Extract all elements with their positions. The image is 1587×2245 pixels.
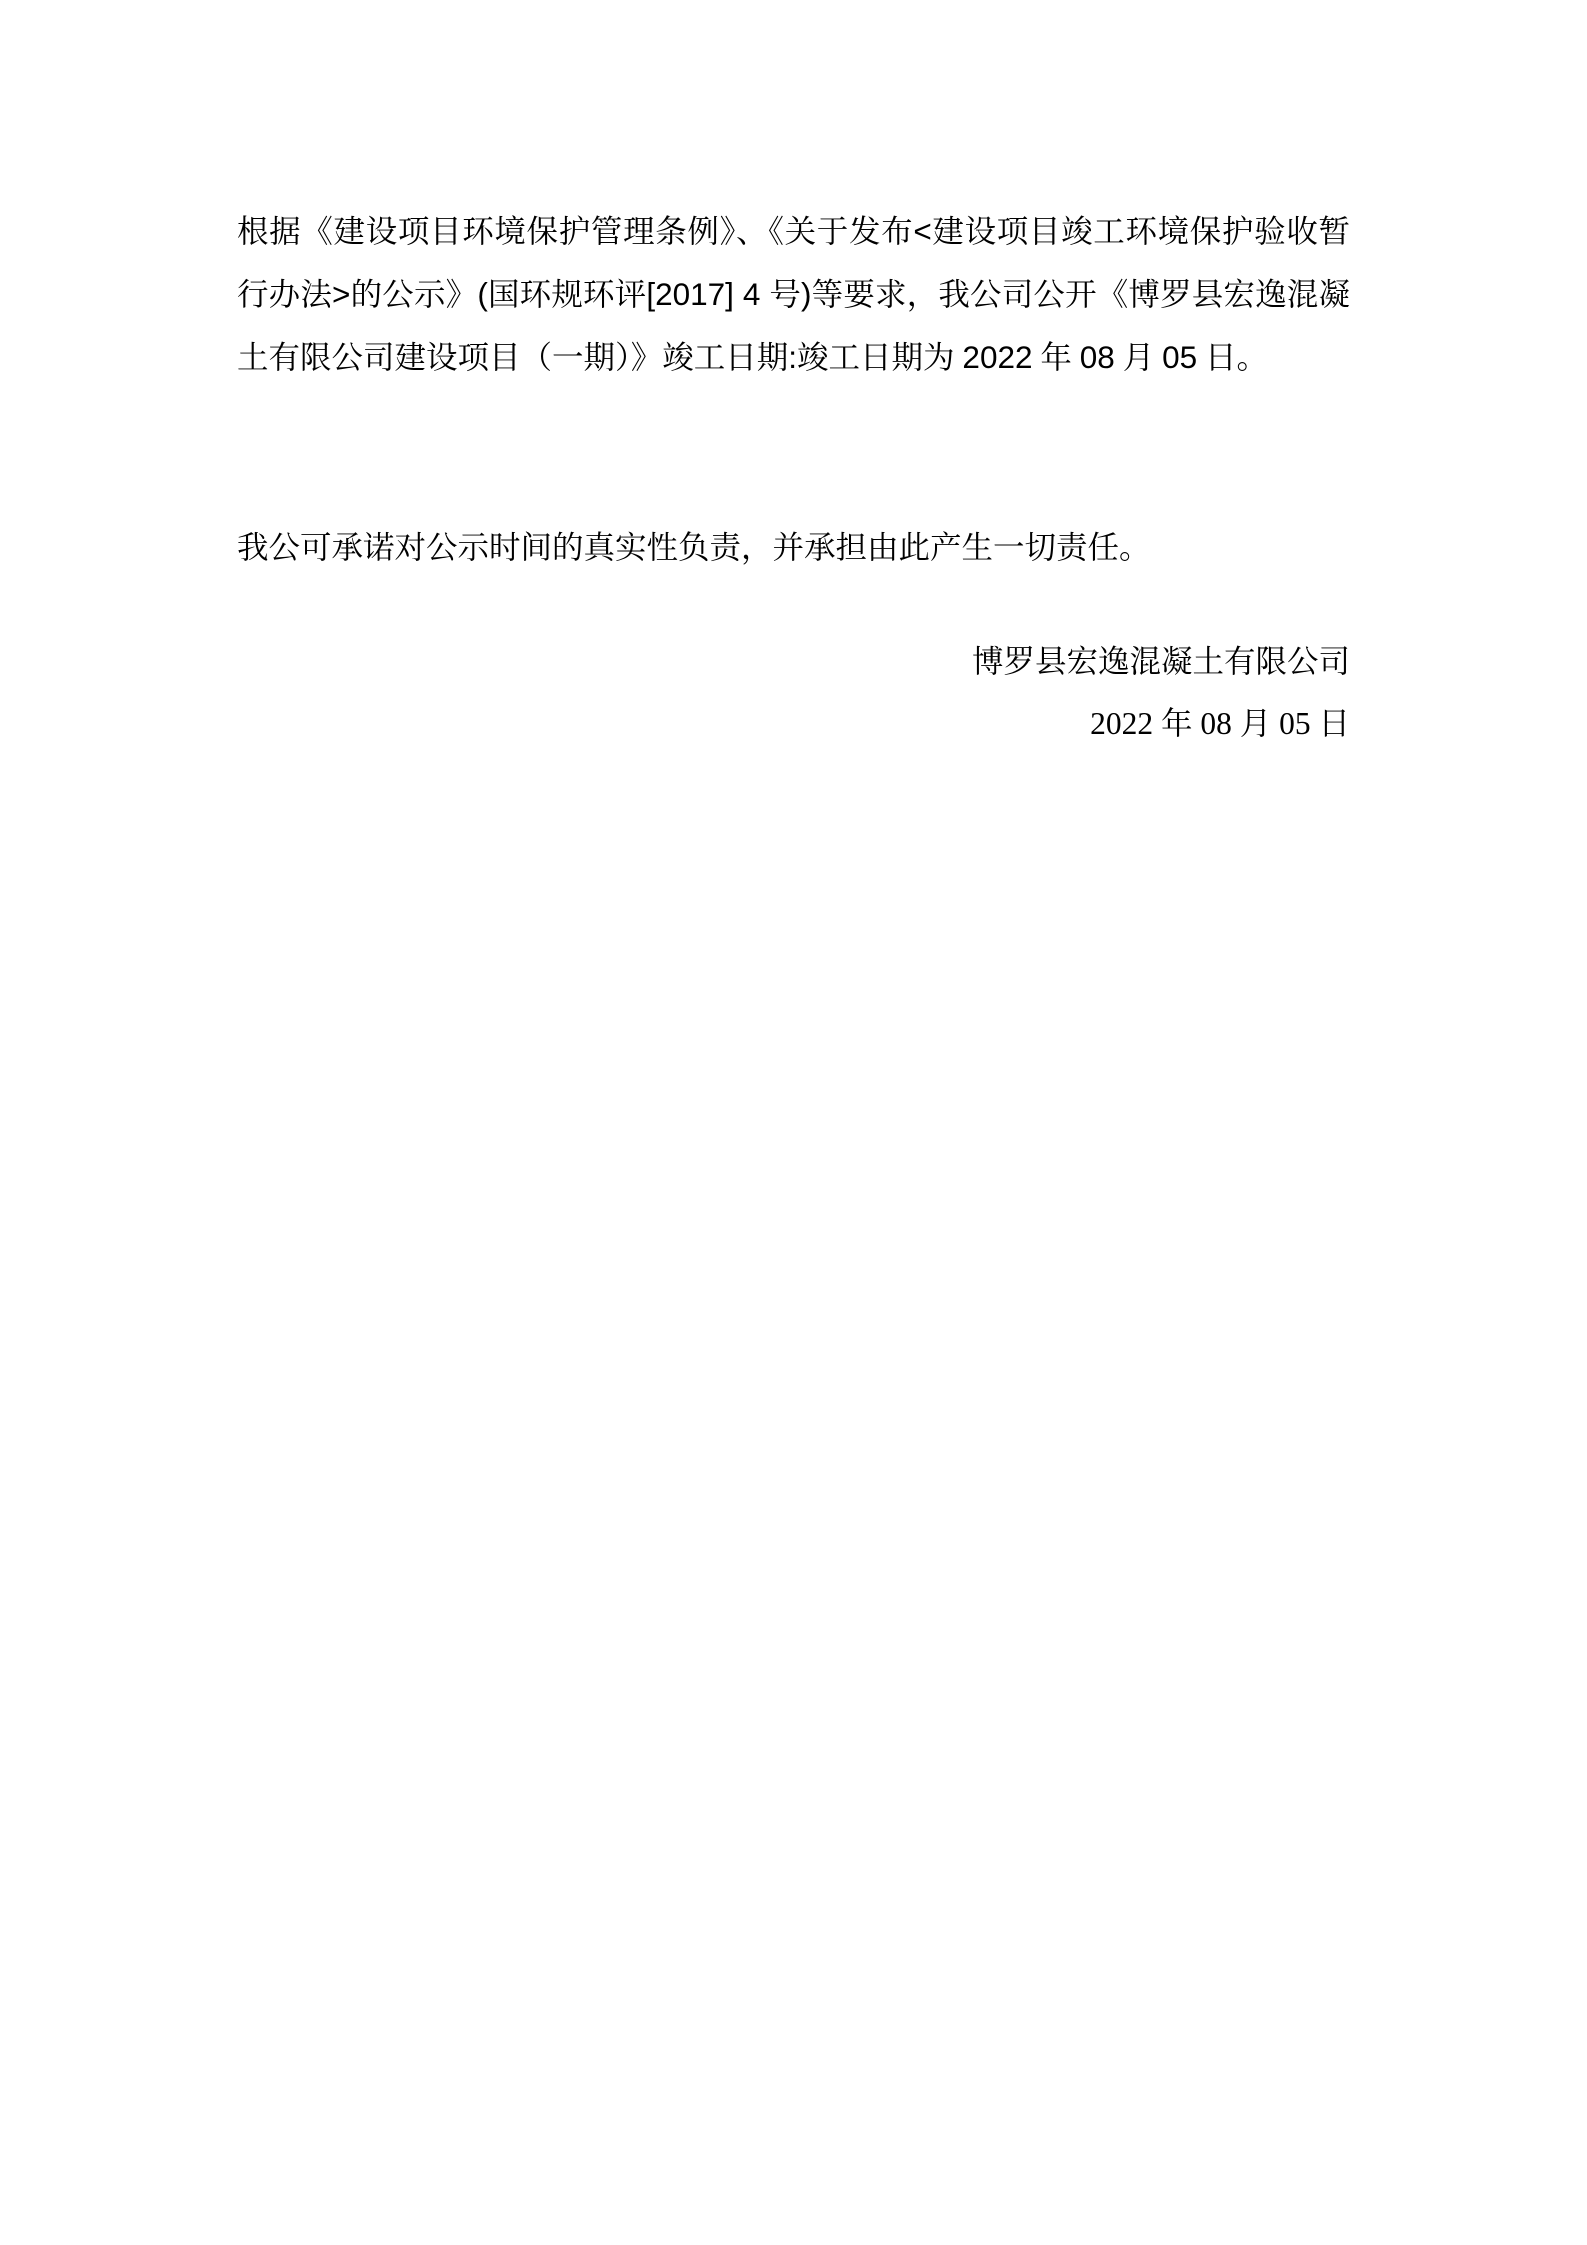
- text-run: 年: [1033, 340, 1080, 375]
- signature-block: 博罗县宏逸混凝土有限公司 2022 年 08 月 05 日: [237, 631, 1350, 755]
- text-run: 的公示》: [350, 277, 477, 312]
- text-run: 08: [1080, 339, 1115, 375]
- document-page: 根据《建设项目环境保护管理条例》、《关于发布<建设项目竣工环境保护验收暂行办法>…: [0, 0, 1587, 2245]
- signature-date: 2022 年 08 月 05 日: [237, 693, 1350, 755]
- text-run: :: [788, 339, 797, 375]
- text-run: 05: [1162, 339, 1197, 375]
- document-text-block: 根据《建设项目环境保护管理条例》、《关于发布<建设项目竣工环境保护验收暂行办法>…: [237, 200, 1350, 755]
- commitment-paragraph: 我公可承诺对公示时间的真实性负责，并承担由此产生一切责任。: [237, 517, 1350, 579]
- text-run: [2017] 4: [646, 276, 769, 312]
- notice-paragraph: 根据《建设项目环境保护管理条例》、《关于发布<建设项目竣工环境保护验收暂行办法>…: [237, 200, 1350, 389]
- text-run: <: [913, 213, 931, 249]
- text-run: 日。: [1197, 340, 1268, 375]
- text-run: 月: [1115, 340, 1162, 375]
- text-run: 国环规环评: [488, 277, 647, 312]
- text-run: 竣工日期为: [797, 340, 962, 375]
- text-run: 2022: [962, 339, 1032, 375]
- text-run: 根据《建设项目环境保护管理条例》、《关于发布: [237, 214, 913, 249]
- text-run: 号: [769, 277, 801, 312]
- text-run: >: [332, 276, 350, 312]
- text-run: (: [477, 276, 488, 312]
- text-run: ): [801, 276, 812, 312]
- signature-company-name: 博罗县宏逸混凝土有限公司: [237, 631, 1350, 693]
